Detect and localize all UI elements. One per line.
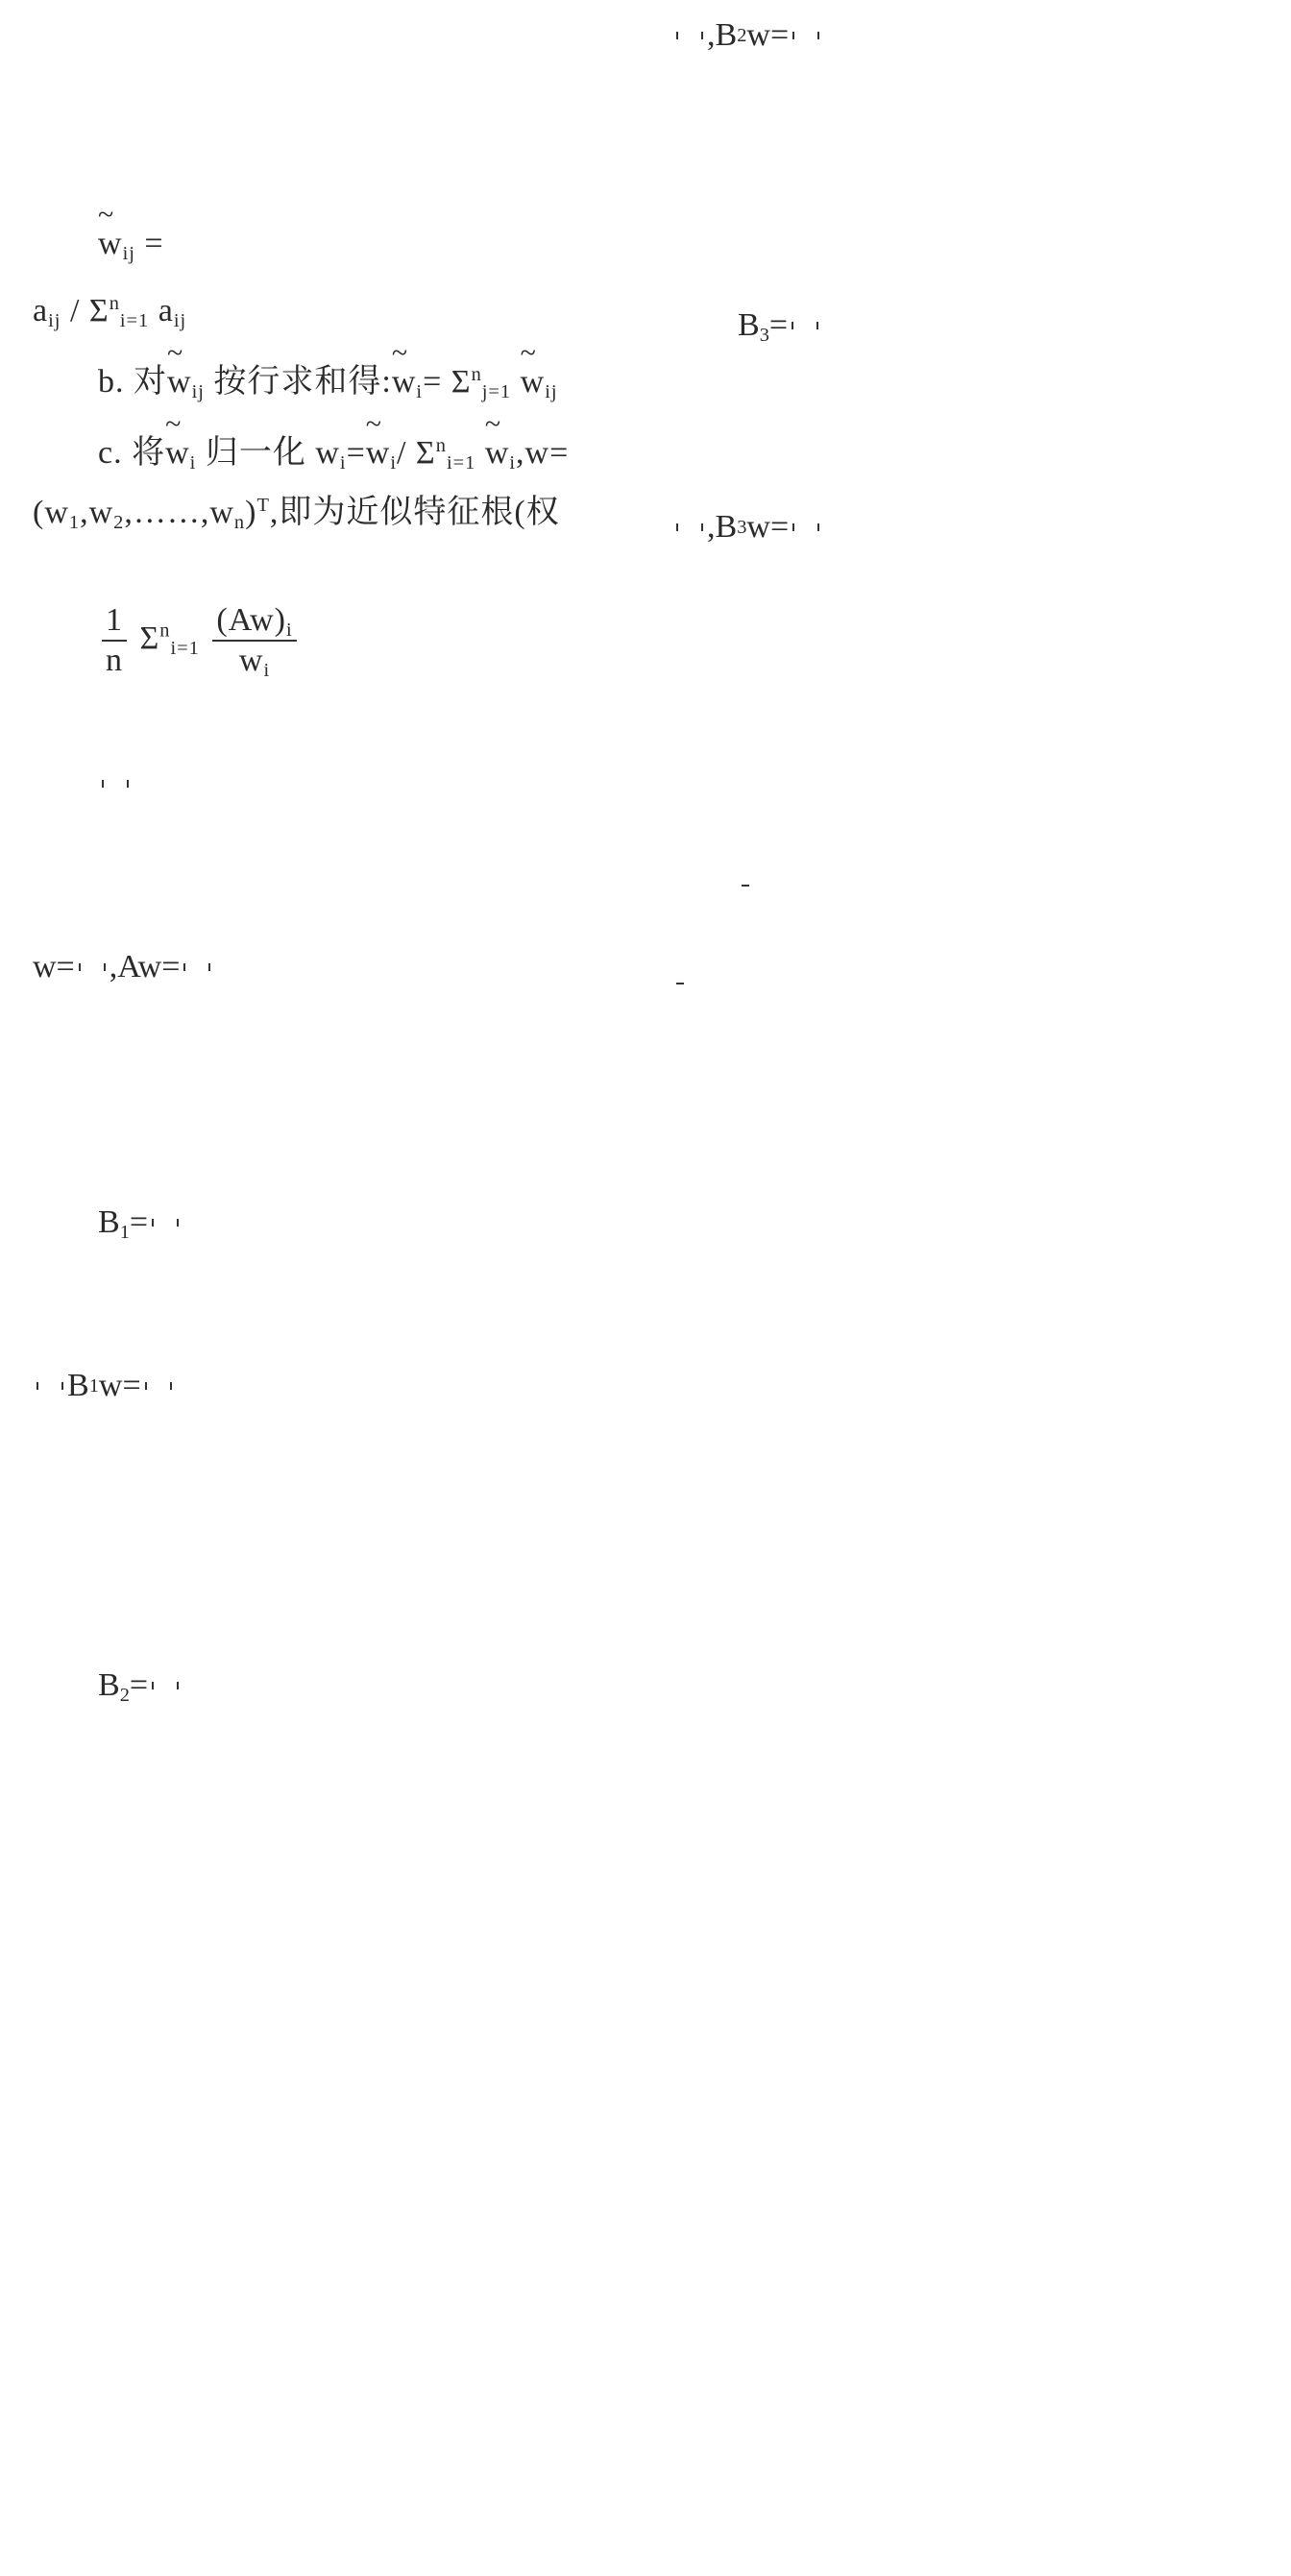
matrix-b3: B3= (738, 307, 822, 344)
matrix-b2-result: ,B2w= (672, 17, 823, 54)
weight-vector-b2 (676, 32, 703, 39)
step-c: c. 将wi 归一化 wi=wi/ Σni=1 wi,w= (33, 432, 569, 474)
aw-vector (183, 963, 210, 971)
step-b: b. 对wij 按行求和得:wi= Σnj=1 wij (33, 361, 558, 403)
matrix-b1-grid (152, 1219, 179, 1227)
weight-vector-b3 (676, 523, 703, 531)
matrix-b1-result: B1w= (33, 1368, 176, 1404)
matrix-b3-grid (792, 322, 818, 329)
step-d: 1n Σni=1 (Aw)iwi (33, 601, 301, 680)
matrix-b3-result: ,B3w= (672, 509, 823, 546)
b1w-vector (145, 1382, 172, 1390)
b2w-vector (792, 32, 819, 39)
matrix-a-grid (102, 780, 129, 788)
matrix-a-result: w=,Aw= (33, 949, 214, 985)
weight-vector-b1 (37, 1382, 63, 1390)
step-a-formula: aij / Σni=1 aij (33, 290, 186, 332)
b3w-vector (792, 523, 819, 531)
cr-definition (672, 863, 753, 905)
matrix-b2-grid (152, 1682, 179, 1689)
weight-vector-a (79, 963, 106, 971)
step-c-line2: (w1,w2,……,wn)T,即为近似特征根(权 (33, 492, 560, 534)
cr-line2 (672, 960, 688, 1003)
matrix-a (98, 780, 133, 788)
matrix-b2: B2= (98, 1667, 183, 1704)
matrix-b1: B1= (98, 1204, 183, 1241)
step-a: wij = (33, 223, 164, 265)
